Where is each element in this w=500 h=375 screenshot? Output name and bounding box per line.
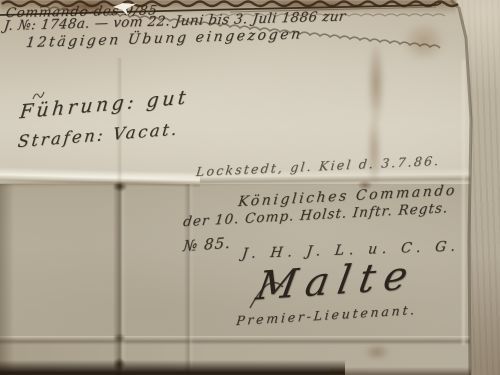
fold-knot-stain-2 xyxy=(113,333,126,343)
fold-crease-vertical-1-upper xyxy=(116,58,125,186)
bottom-edge-shadow-left xyxy=(0,360,345,375)
document-photo: Commando des 9/85 J. №: 1748a. — vom 22.… xyxy=(0,0,500,375)
fold-crease-vertical-1 xyxy=(113,184,127,375)
handwriting-regiment-number: № 85. xyxy=(182,234,231,255)
left-edge-shading xyxy=(0,184,14,375)
rust-stain-top-blob-2 xyxy=(255,0,375,12)
fold-knot-stain-1 xyxy=(111,180,129,193)
rust-stain-top-blob-1 xyxy=(52,0,124,14)
fold-crease-horizontal-2 xyxy=(0,336,470,345)
rust-stain-spot-bottom xyxy=(364,344,390,360)
bottom-edge-shadow-right xyxy=(330,367,472,375)
torn-edge-highlight xyxy=(462,60,465,345)
rust-stain-blob xyxy=(393,15,455,69)
